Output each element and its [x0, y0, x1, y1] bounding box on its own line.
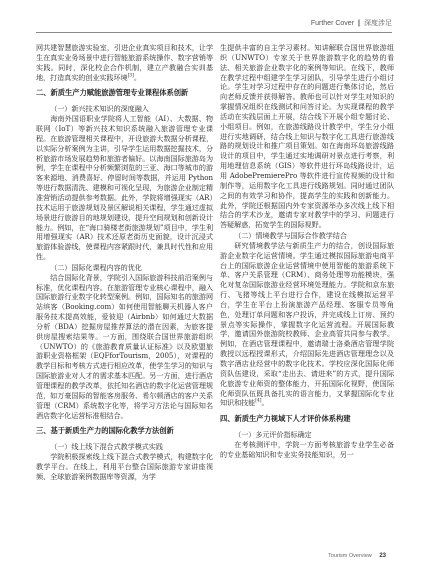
- header-section-en: Further Cover: [311, 20, 354, 27]
- subsection-heading: （一）多元评价指标确定: [220, 430, 394, 440]
- running-header: Further Cover | 深度涉足: [36, 14, 392, 33]
- header-separator: |: [358, 20, 360, 27]
- left-column: 网共建智慧旅游实验室，引进企业真实项目和技术，让学生在真实业务场景中进行智能旅游…: [36, 43, 213, 482]
- section-heading-3: 三、基于新质生产力的国际化教学方法创新: [36, 426, 213, 436]
- subsection-heading: （一）线上线下混合式教学模式实践: [36, 442, 213, 452]
- page-footer: Tourism Overview 23: [328, 553, 386, 559]
- paragraph: 学院积极探索线上线下混合式教学模式，构建数字化教学平台。在线上，利用平台整合国际…: [36, 452, 213, 482]
- paragraph: 网共建智慧旅游实验室，引进企业真实项目和技术，让学生在真实业务场景中进行智能旅游…: [36, 43, 213, 82]
- page-number: 23: [379, 553, 386, 559]
- right-column: 生提供丰富的自主学习素材。知讲解联合国世界旅游组织（UNWTO）专家关于世界旅游…: [220, 43, 394, 460]
- section-heading-2: 二、新质生产力赋能旅游管理专业课程体系创新: [36, 88, 213, 98]
- subsection-heading: （二）情境教学与国际合作教学结合: [220, 231, 394, 241]
- paragraph: 生提供丰富的自主学习素材。知讲解联合国世界旅游组织（UNWTO）专家关于世界旅游…: [220, 43, 394, 230]
- section-heading-4: 四、新质生产力视域下人才评价体系构建: [220, 414, 394, 424]
- subsection-heading: （一）新兴技术知识的深度融入: [36, 104, 213, 114]
- header-section-zh: 深度涉足: [364, 18, 392, 28]
- paragraph-end: 。: [134, 73, 141, 82]
- paragraph-text: 研究情境教学法与新质生产力的结合，创设国际旅游企业数字化运营情境。学生通过模拟国…: [220, 241, 394, 408]
- paragraph: 研究情境教学法与新质生产力的结合，创设国际旅游企业数字化运营情境。学生通过模拟国…: [220, 241, 394, 408]
- paragraph-end: 。: [261, 398, 268, 407]
- paragraph: 在考核测评中，学院一方面考核旅游专业学生必备的专业基础知识和专业实务技能知识，另…: [220, 440, 394, 460]
- subsection-heading: （二）国际化课程内容的优化: [36, 263, 213, 273]
- paragraph: 结合国际化背景，学院引入国际旅游科技前沿案例与标准，优化课程内容。在旅游管理专业…: [36, 273, 213, 421]
- footer-journal-name: Tourism Overview: [328, 553, 372, 559]
- paragraph-text: 网共建智慧旅游实验室，引进企业真实项目和技术，让学生在真实业务场景中进行智能旅游…: [36, 43, 213, 82]
- paragraph: 海南外国语职业学院将人工智能（AI）、大数据、物联网（IoT）等新兴技术知识系统…: [36, 114, 213, 262]
